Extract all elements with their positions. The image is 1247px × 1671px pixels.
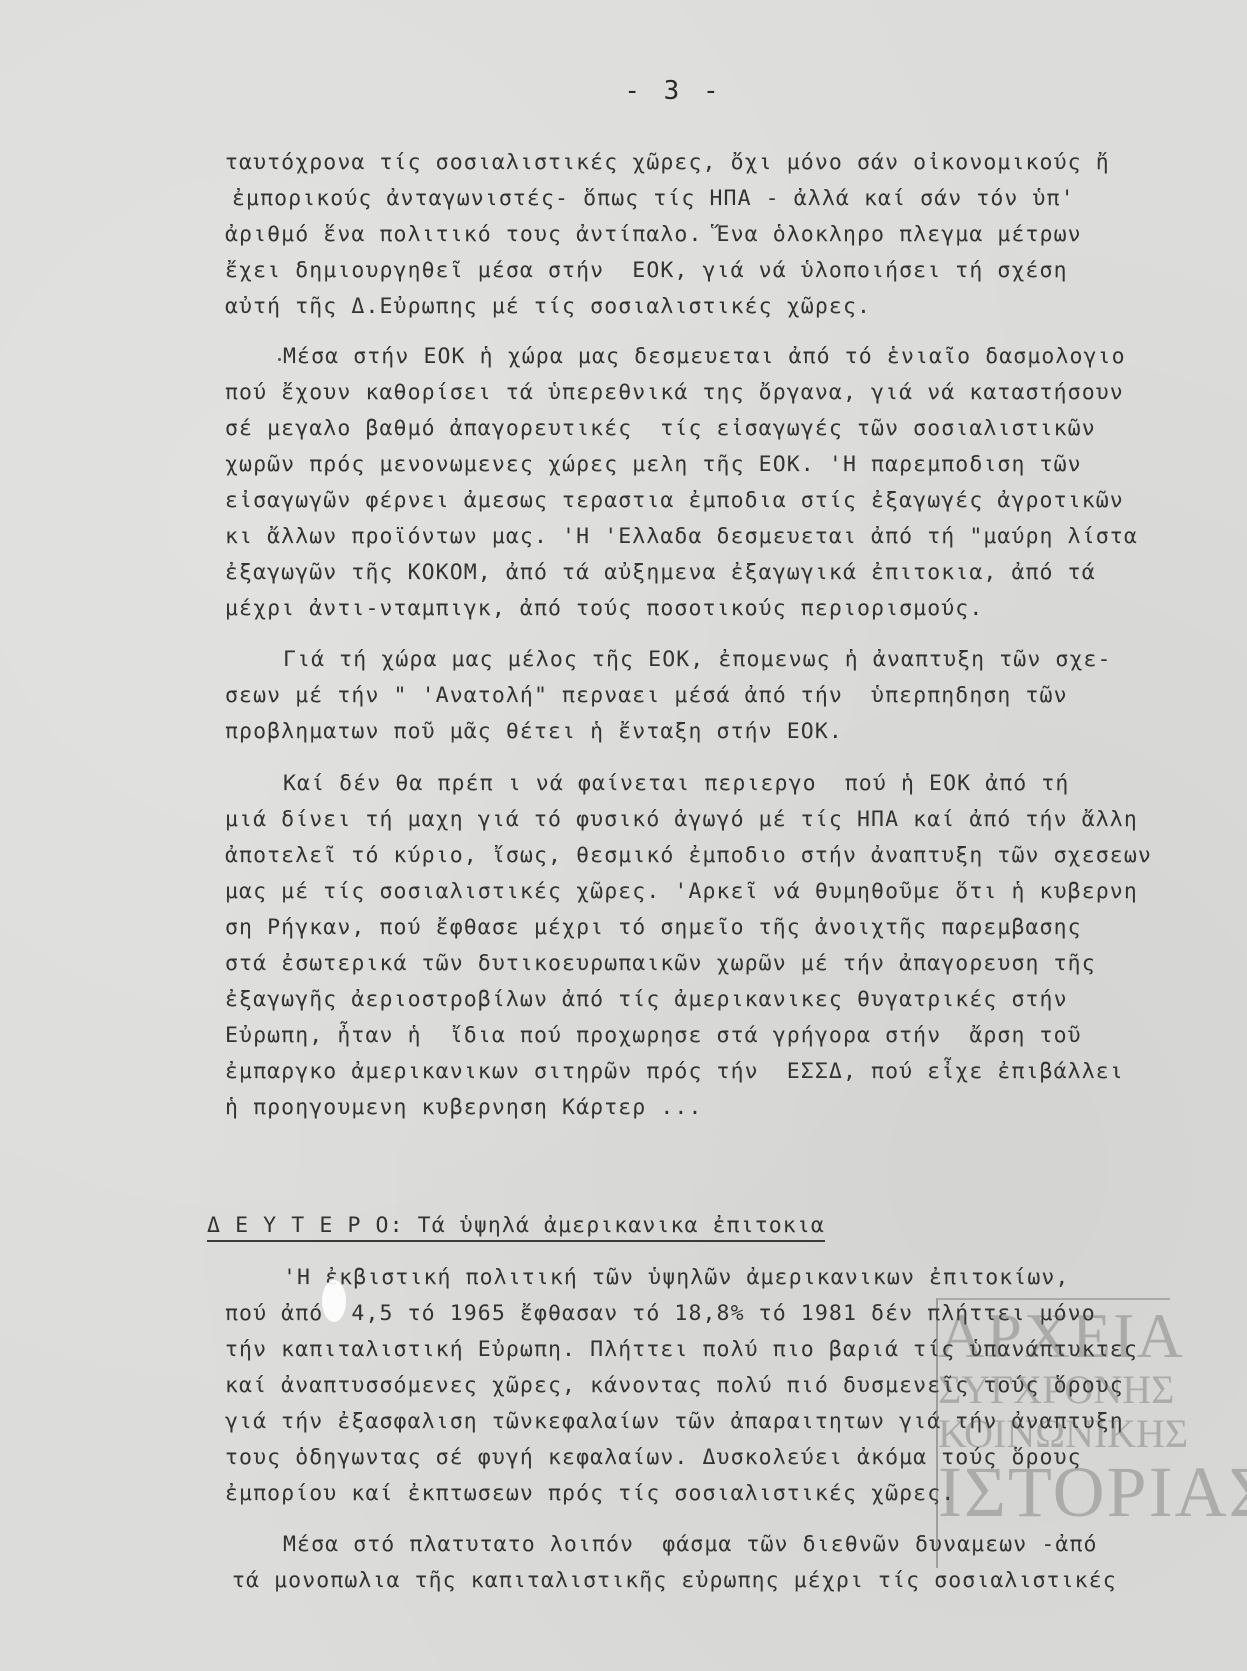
text-line: ἐξαγωγῆς ἀεριοστροβίλων ἀπό τίς ἀμερικαν… [225, 987, 1068, 1012]
text-line: μιά δίνει τή μαχη γιά τό φυσικό ἀγωγό μέ… [225, 807, 1138, 832]
text-line: ἐμπορικούς ἀνταγωνιστές- ὅπως τίς ΗΠΑ - … [232, 186, 1075, 211]
paper-blot [322, 1280, 346, 1322]
text-line: προβληματων ποῦ μᾶς θέτει ἡ ἔνταξη στήν … [225, 719, 843, 744]
page-number: - 3 - [0, 76, 1247, 106]
text-line: 'Η ἐκβιστική πολιτική τῶν ὑψηλῶν ἀμερικα… [283, 1265, 1069, 1290]
text-line: ἐξαγωγῶν τῆς ΚΟΚΟΜ, ἀπό τά αὐξημενα ἐξαγ… [225, 560, 1096, 585]
archive-stamp: ΑΡΧΕΙΑ ΣΥΓΧΡΟΝΗΣ ΚΟΙΝΩΝΙΚΗΣ ΙΣΤΟΡΙΑΣ [936, 1298, 1170, 1568]
text-line: σεων μέ τήν " 'Ανατολή" περναει μέσά ἀπό… [225, 683, 1068, 708]
text-line: κι ἄλλων προϊόντων μας. 'Η 'Ελλαδα δεσμε… [225, 524, 1138, 549]
text-line: Εὐρωπη, ἦταν ἡ ἴδια πού προχωρησε στά γρ… [225, 1023, 1082, 1048]
text-line: ἔχει δημιουργηθεῖ μέσα στήν ΕΟΚ, γιά νά … [225, 258, 1068, 283]
text-line: μέχρι ἀντι-νταμπιγκ, ἀπό τούς ποσοτικούς… [225, 596, 983, 621]
text-line: χωρῶν πρός μενονωμενες χώρες μελη τῆς ΕΟ… [225, 452, 1082, 477]
text-line: ἐμπαργκο ἀμερικανικων σιτηρῶν πρός τήν Ε… [225, 1059, 1124, 1084]
section-heading: Δ Ε Υ Τ Ε Ρ Ο: Τά ὑψηλά ἀμερικανικα ἐπιτ… [207, 1213, 825, 1242]
text-line: αὐτή τῆς Δ.Εὐρωπης μέ τίς σοσιαλιστικές … [225, 294, 871, 319]
text-line: ἀριθμό ἕνα πολιτικό τους ἀντίπαλο. Ἕνα ὁ… [225, 222, 1082, 247]
text-line: ἡ προηγουμενη κυβερνηση Κάρτερ ... [225, 1095, 703, 1120]
text-line: πού ἔχουν καθορίσει τά ὑπερεθνικά της ὄρ… [225, 380, 1124, 405]
text-line: μας μέ τίς σοσιαλιστικές χῶρες. 'Αρκεῖ ν… [225, 879, 1138, 904]
text-line: στά ἐσωτερικά τῶν δυτικοευρωπαικῶν χωρῶν… [225, 951, 1096, 976]
text-line: ση Ρήγκαν, πού ἔφθασε μέχρι τό σημεῖο τῆ… [225, 915, 1082, 940]
text-line: Γιά τή χώρα μας μέλος τῆς ΕΟΚ, ἐπομενως … [283, 647, 1112, 672]
text-line: ἀποτελεῖ τό κύριο, ἴσως, θεσμικό ἐμποδιο… [225, 843, 1152, 868]
text-line: εἰσαγωγῶν φέρνει ἀμεσως τεραστια ἐμποδια… [225, 488, 1124, 513]
text-line: Μέσα στήν ΕΟΚ ἡ χώρα μας δεσμευεται ἀπό … [283, 344, 1126, 369]
text-line: ἐμπορίου καί ἐκπτωσεων πρός τίς σοσιαλισ… [225, 1481, 955, 1506]
stamp-line-4: ΙΣΤΟΡΙΑΣ [938, 1456, 1170, 1528]
text-line: τά μονοπωλια τῆς καπιταλιστικῆς εὐρωπης … [232, 1568, 1117, 1593]
text-line: ταυτόχρονα τίς σοσιαλιστικές χῶρες, ὄχι … [225, 150, 1110, 175]
text-line: Καί δέν θα πρέπ ι νά φαίνεται περιεργο π… [283, 771, 1069, 796]
margin-mark [278, 358, 281, 361]
text-line: σέ μεγαλο βαθμό ἀπαγορευτικές τίς εἰσαγω… [225, 416, 1096, 441]
stamp-line-3: ΚΟΙΝΩΝΙΚΗΣ [938, 1414, 1170, 1454]
document-page: - 3 - ταυτόχρονα τίς σοσιαλιστικές χῶρες… [0, 0, 1247, 1671]
stamp-line-1: ΑΡΧΕΙΑ [938, 1304, 1170, 1368]
stamp-line-2: ΣΥΓΧΡΟΝΗΣ [938, 1370, 1170, 1410]
